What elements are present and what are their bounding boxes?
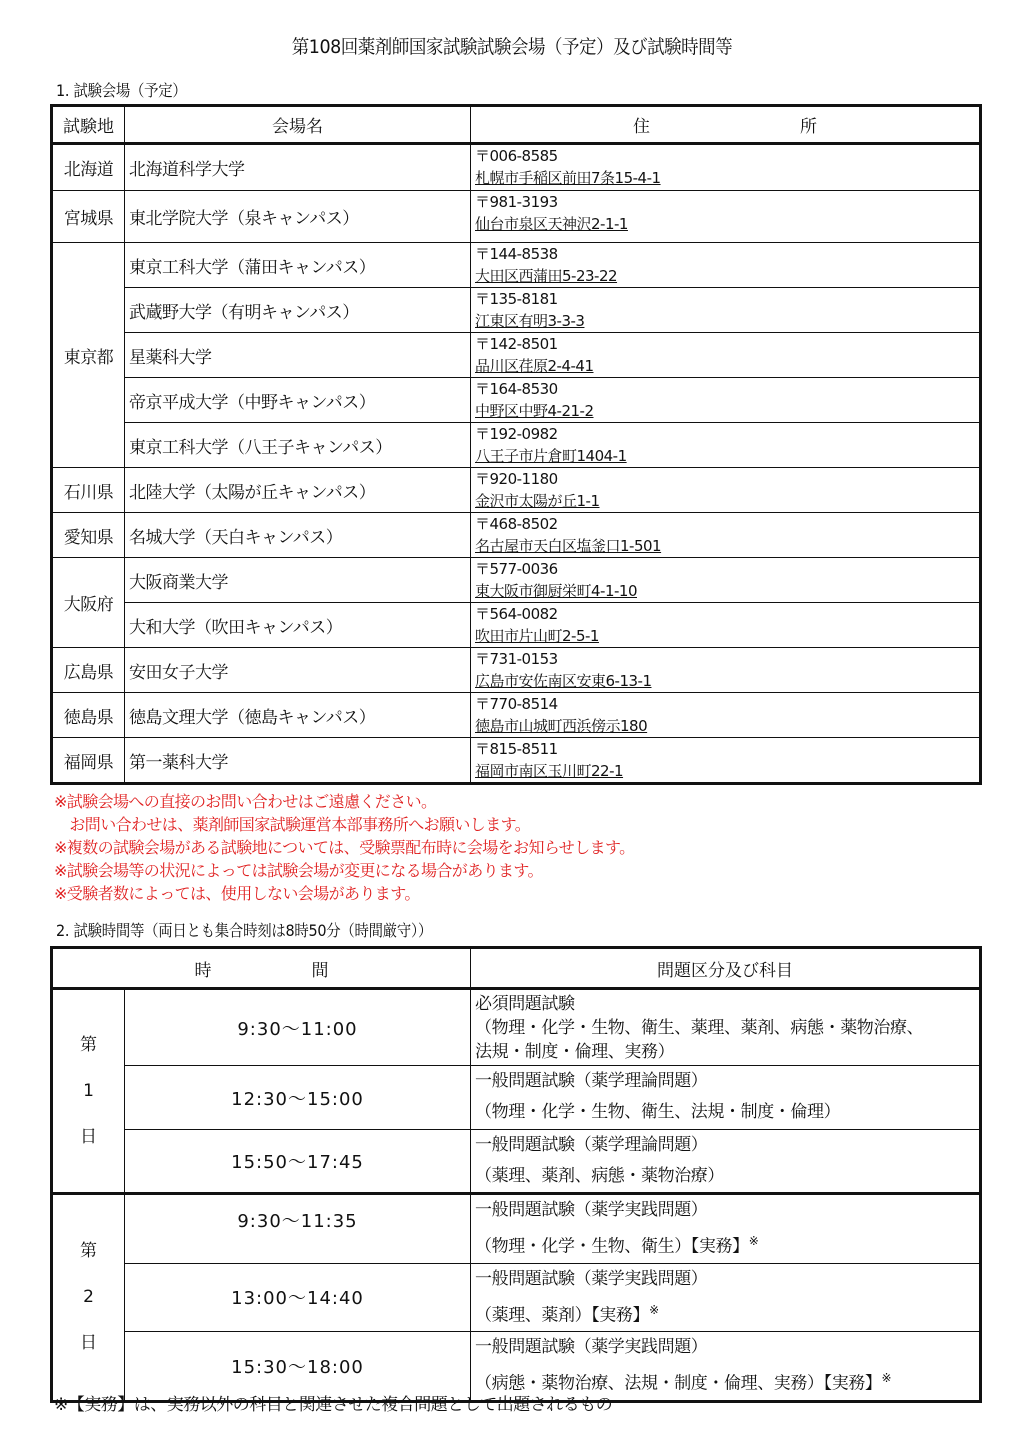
day-label-2: 第 2 日 [52,1194,125,1402]
venue-table-header: 試験地 会場名 住所 [52,106,981,144]
header-time: 時間 [52,948,471,989]
venue-cell: 大和大学（吹田キャンパス） [125,603,471,648]
prefecture-cell: 広島県 [52,648,125,693]
address-cell: 〒006-8585札幌市手稲区前田7条15-4-1 [471,144,981,191]
table-row: 愛知県 名城大学（天白キャンパス） 〒468-8502名古屋市天白区塩釜口1-5… [52,513,981,558]
section-2-heading: 2. 試験時間等（両日とも集合時刻は8時50分（時間厳守）） [56,918,432,941]
prefecture-cell: 宮城県 [52,191,125,243]
note-line: ※試験会場等の状況によっては試験会場が変更になる場合があります。 [54,859,635,882]
venue-cell: 武蔵野大学（有明キャンパス） [125,288,471,333]
prefecture-cell: 大阪府 [52,558,125,648]
venue-cell: 東北学院大学（泉キャンパス） [125,191,471,243]
address-cell: 〒135-8181江東区有明3-3-3 [471,288,981,333]
address-cell: 〒770-8514徳島市山城町西浜傍示180 [471,693,981,738]
session-time: 15:50～17:45 [125,1130,471,1194]
document-title: 第108回薬剤師国家試験試験会場（予定）及び試験時間等 [41,32,983,59]
note-line: ※試験会場への直接のお問い合わせはご遠慮ください。 [54,790,635,813]
prefecture-cell: 北海道 [52,144,125,191]
table-row: 大阪府 大阪商業大学 〒577-0036東大阪市御厨栄町4-1-10 [52,558,981,603]
session-row: 13:00～14:40 一般問題試験（薬学実践問題） （薬理、薬剤）【実務】※ [52,1263,981,1332]
practice-footnote: ※【実務】は、実務以外の科目と関連させた複合問題として出題されるもの [54,1390,612,1415]
table-row: 北海道 北海道科学大学 〒006-8585札幌市手稲区前田7条15-4-1 [52,144,981,191]
session-row: 12:30～15:00 一般問題試験（薬学理論問題） （物理・化学・生物、衛生、… [52,1066,981,1130]
session-subject: 一般問題試験（薬学理論問題） （薬理、薬剤、病態・薬物治療） [471,1130,981,1194]
table-row: 大和大学（吹田キャンパス） 〒564-0082吹田市片山町2-5-1 [52,603,981,648]
prefecture-cell: 東京都 [52,243,125,468]
header-prefecture: 試験地 [52,106,125,144]
venue-cell: 第一薬科大学 [125,738,471,784]
address-cell: 〒192-0982八王子市片倉町1404-1 [471,423,981,468]
asterisk-mark: ※ [882,1371,892,1385]
address-cell: 〒731-0153広島市安佐南区安東6-13-1 [471,648,981,693]
header-subject: 問題区分及び科目 [471,948,981,989]
address-cell: 〒920-1180金沢市太陽が丘1-1 [471,468,981,513]
header-venue: 会場名 [125,106,471,144]
schedule-table: 時間 問題区分及び科目 第 1 日 9:30～11:00 必須問題試験 （物理・… [50,946,982,1403]
session-subject: 必須問題試験 （物理・化学・生物、衛生、薬理、薬剤、病態・薬物治療、 法規・制度… [471,989,981,1066]
table-row: 宮城県 東北学院大学（泉キャンパス） 〒981-3193仙台市泉区天神沢2-1-… [52,191,981,243]
session-time: 9:30～11:35 [125,1194,471,1264]
table-row: 帝京平成大学（中野キャンパス） 〒164-8530中野区中野4-21-2 [52,378,981,423]
asterisk-mark: ※ [749,1234,759,1248]
venue-table: 試験地 会場名 住所 北海道 北海道科学大学 〒006-8585札幌市手稲区前田… [50,104,982,785]
venue-cell: 大阪商業大学 [125,558,471,603]
prefecture-cell: 徳島県 [52,693,125,738]
prefecture-cell: 愛知県 [52,513,125,558]
session-time: 13:00～14:40 [125,1263,471,1332]
table-row: 石川県 北陸大学（太陽が丘キャンパス） 〒920-1180金沢市太陽が丘1-1 [52,468,981,513]
venue-cell: 徳島文理大学（徳島キャンパス） [125,693,471,738]
day-label-1: 第 1 日 [52,989,125,1194]
note-line: ※複数の試験会場がある試験地については、受験票配布時に会場をお知らせします。 [54,836,635,859]
venue-cell: 北海道科学大学 [125,144,471,191]
note-line: お問い合わせは、薬剤師国家試験運営本部事務所へお願いします。 [54,813,635,836]
address-cell: 〒815-8511福岡市南区玉川町22-1 [471,738,981,784]
table-row: 東京都 東京工科大学（蒲田キャンパス） 〒144-8538大田区西蒲田5-23-… [52,243,981,288]
asterisk-mark: ※ [649,1303,659,1317]
session-time: 9:30～11:00 [125,989,471,1066]
address-cell: 〒144-8538大田区西蒲田5-23-22 [471,243,981,288]
venue-cell: 東京工科大学（蒲田キャンパス） [125,243,471,288]
session-time: 12:30～15:00 [125,1066,471,1130]
schedule-table-header: 時間 問題区分及び科目 [52,948,981,989]
prefecture-cell: 福岡県 [52,738,125,784]
address-cell: 〒564-0082吹田市片山町2-5-1 [471,603,981,648]
session-subject: 一般問題試験（薬学実践問題） （物理・化学・生物、衛生）【実務】※ [471,1194,981,1264]
venue-cell: 帝京平成大学（中野キャンパス） [125,378,471,423]
venue-cell: 安田女子大学 [125,648,471,693]
address-cell: 〒981-3193仙台市泉区天神沢2-1-1 [471,191,981,243]
session-row: 15:50～17:45 一般問題試験（薬学理論問題） （薬理、薬剤、病態・薬物治… [52,1130,981,1194]
header-address: 住所 [471,106,981,144]
venue-cell: 東京工科大学（八王子キャンパス） [125,423,471,468]
venue-cell: 星薬科大学 [125,333,471,378]
table-row: 星薬科大学 〒142-8501品川区荏原2-4-41 [52,333,981,378]
session-subject: 一般問題試験（薬学理論問題） （物理・化学・生物、衛生、法規・制度・倫理） [471,1066,981,1130]
address-cell: 〒468-8502名古屋市天白区塩釜口1-501 [471,513,981,558]
session-row: 第 2 日 9:30～11:35 一般問題試験（薬学実践問題） （物理・化学・生… [52,1194,981,1264]
address-cell: 〒577-0036東大阪市御厨栄町4-1-10 [471,558,981,603]
address-cell: 〒142-8501品川区荏原2-4-41 [471,333,981,378]
address-cell: 〒164-8530中野区中野4-21-2 [471,378,981,423]
venue-cell: 北陸大学（太陽が丘キャンパス） [125,468,471,513]
section-1-heading: 1. 試験会場（予定） [56,78,187,101]
venue-notes: ※試験会場への直接のお問い合わせはご遠慮ください。 お問い合わせは、薬剤師国家試… [54,790,635,905]
prefecture-cell: 石川県 [52,468,125,513]
table-row: 広島県 安田女子大学 〒731-0153広島市安佐南区安東6-13-1 [52,648,981,693]
session-subject: 一般問題試験（薬学実践問題） （薬理、薬剤）【実務】※ [471,1263,981,1332]
venue-cell: 名城大学（天白キャンパス） [125,513,471,558]
table-row: 福岡県 第一薬科大学 〒815-8511福岡市南区玉川町22-1 [52,738,981,784]
table-row: 徳島県 徳島文理大学（徳島キャンパス） 〒770-8514徳島市山城町西浜傍示1… [52,693,981,738]
note-line: ※受験者数によっては、使用しない会場があります。 [54,882,635,905]
table-row: 武蔵野大学（有明キャンパス） 〒135-8181江東区有明3-3-3 [52,288,981,333]
session-row: 第 1 日 9:30～11:00 必須問題試験 （物理・化学・生物、衛生、薬理、… [52,989,981,1066]
table-row: 東京工科大学（八王子キャンパス） 〒192-0982八王子市片倉町1404-1 [52,423,981,468]
